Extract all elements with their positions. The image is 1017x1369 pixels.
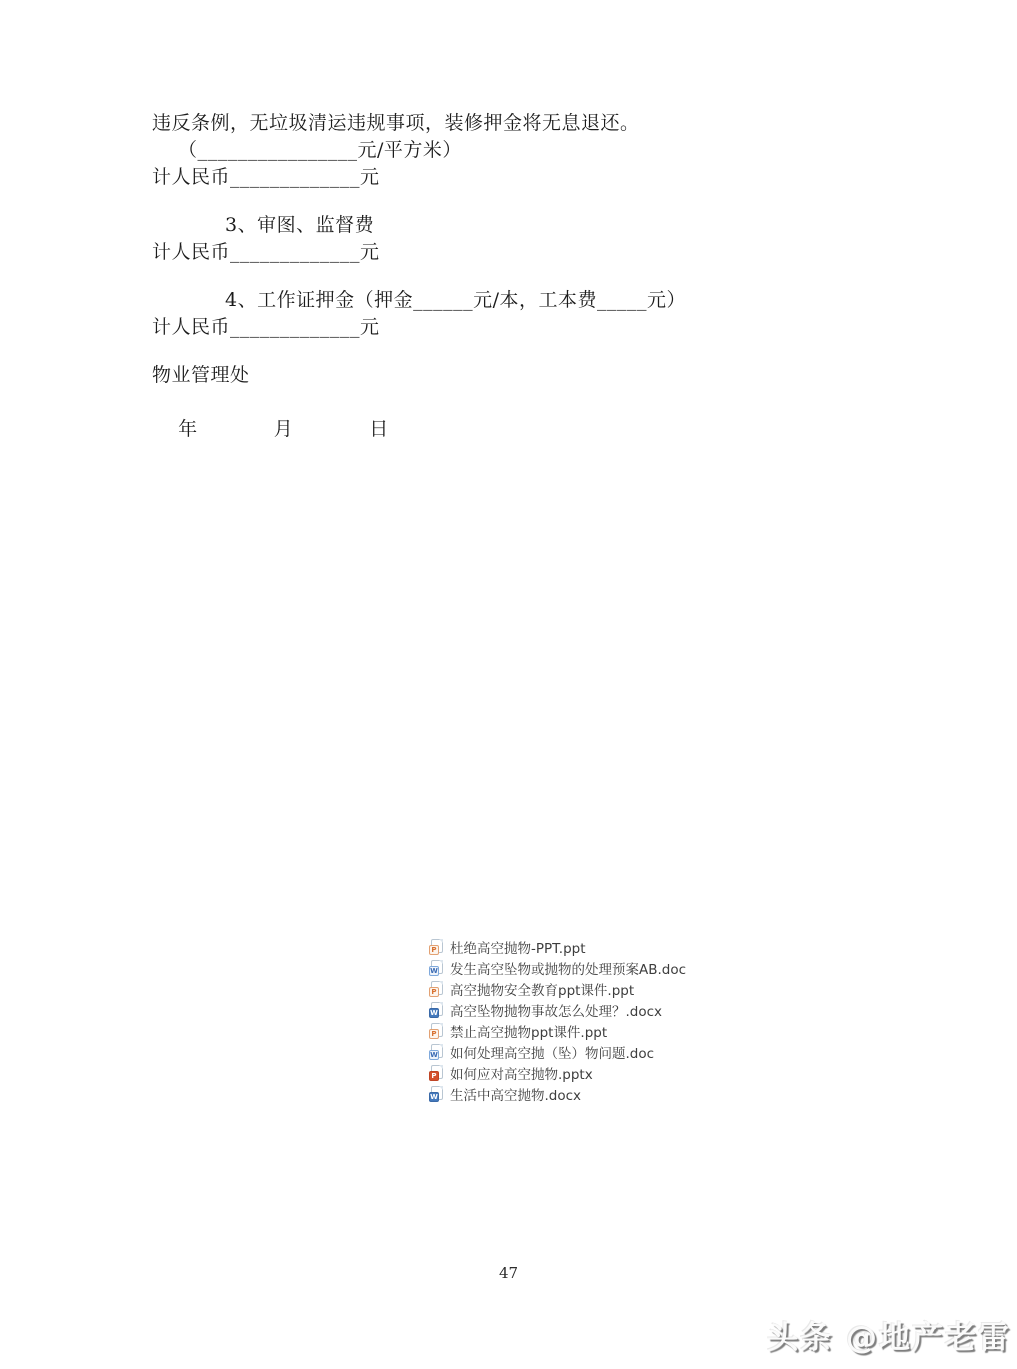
file-item-ppt[interactable]: P 杜绝高空抛物-PPT.ppt: [430, 936, 686, 957]
file-item-ppt[interactable]: P 禁止高空抛物ppt课件.ppt: [430, 1020, 686, 1041]
date-year-label: 年: [178, 418, 198, 440]
date-day-label: 日: [369, 418, 389, 440]
file-name[interactable]: 禁止高空抛物ppt课件.ppt: [450, 1021, 607, 1041]
file-item-docx[interactable]: W 生活中高空抛物.docx: [430, 1083, 686, 1104]
file-name[interactable]: 发生高空坠物或抛物的处理预案AB.doc: [450, 958, 686, 978]
word-file-icon: W: [430, 960, 443, 975]
document-body: 违反条例，无垃圾清运违规事项，装修押金将无息退还。 （_____________…: [152, 110, 882, 470]
date-month-label: 月: [274, 418, 294, 440]
word-file-icon: W: [430, 1086, 443, 1101]
signature-date-line: 年月日: [152, 389, 882, 470]
paragraph-deposit-refund: 违反条例，无垃圾清运违规事项，装修押金将无息退还。: [152, 110, 882, 137]
ppt-file-icon: P: [430, 1065, 443, 1080]
attachment-file-list: P 杜绝高空抛物-PPT.ppt W 发生高空坠物或抛物的处理预案AB.doc …: [430, 936, 686, 1104]
file-item-pptx[interactable]: P 如何应对高空抛物.pptx: [430, 1062, 686, 1083]
ppt-file-icon: P: [430, 939, 443, 954]
page-number: 47: [0, 1264, 1017, 1282]
file-name[interactable]: 生活中高空抛物.docx: [450, 1084, 581, 1104]
file-name[interactable]: 高空抛物安全教育ppt课件.ppt: [450, 979, 634, 999]
file-name[interactable]: 杜绝高空抛物-PPT.ppt: [450, 937, 586, 957]
file-item-docx[interactable]: W 高空坠物抛物事故怎么处理？.docx: [430, 999, 686, 1020]
file-name[interactable]: 高空坠物抛物事故怎么处理？.docx: [450, 1000, 662, 1020]
blank-amount-rmb-3: 计人民币_____________元: [152, 314, 882, 341]
blank-rate-per-sqm: （________________元/平方米）: [178, 137, 882, 164]
item-4-title: 4、工作证押金（押金______元/本，工本费_____元）: [225, 287, 882, 314]
blank-amount-rmb-2: 计人民币_____________元: [152, 239, 882, 266]
item-3-title: 3、审图、监督费: [225, 212, 882, 239]
blank-amount-rmb-1: 计人民币_____________元: [152, 164, 882, 191]
signature-department: 物业管理处: [152, 362, 882, 389]
file-item-ppt[interactable]: P 高空抛物安全教育ppt课件.ppt: [430, 978, 686, 999]
word-file-icon: W: [430, 1044, 443, 1059]
word-file-icon: W: [430, 1002, 443, 1017]
file-item-doc[interactable]: W 发生高空坠物或抛物的处理预案AB.doc: [430, 957, 686, 978]
file-name[interactable]: 如何应对高空抛物.pptx: [450, 1063, 593, 1083]
ppt-file-icon: P: [430, 1023, 443, 1038]
ppt-file-icon: P: [430, 981, 443, 996]
file-name[interactable]: 如何处理高空抛（坠）物问题.doc: [450, 1042, 654, 1062]
toutiao-watermark: 头条 @地产老雷: [767, 1312, 1011, 1357]
file-item-doc[interactable]: W 如何处理高空抛（坠）物问题.doc: [430, 1041, 686, 1062]
